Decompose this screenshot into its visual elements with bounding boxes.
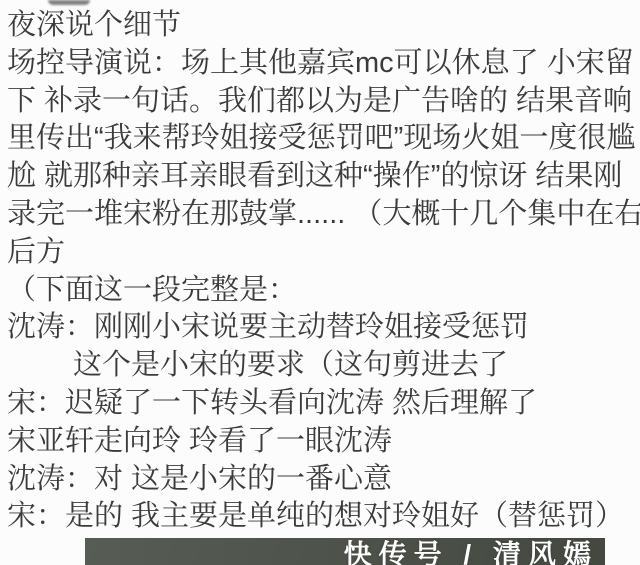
- post-text: 夜深说个细节 场控导演说：场上其他嘉宾mc可以休息了 小宋留 下 补录一句话。我…: [7, 7, 640, 536]
- text-line: 尬 就那种亲耳亲眼看到这种“操作”的惊讶 结果刚: [7, 158, 640, 196]
- text-line: 沈涛：刚刚小宋说要主动替玲姐接受惩罚: [7, 309, 640, 347]
- text-line: 下 补录一句话。我们都以为是广告啥的 结果音响: [7, 83, 640, 121]
- text-line: 后方: [7, 234, 640, 272]
- text-line: 宋亚轩走向玲 玲看了一眼沈涛: [7, 423, 640, 461]
- post-screenshot: { "colors": { "background": "#fcfcfc", "…: [0, 0, 640, 565]
- cropped-content-artifact: [48, 0, 90, 5]
- text-line: 录完一堆宋粉在那鼓掌...... （大概十几个集中在右: [7, 196, 640, 234]
- watermark: 快传号 / 清风嫣: [344, 533, 598, 565]
- text-line: （下面这一段完整是：: [7, 272, 640, 310]
- text-line-indented: 这个是小宋的要求（这句剪进去了: [7, 347, 640, 385]
- text-line: 里传出“我来帮玲姐接受惩罚吧”现场火姐一度很尴: [7, 120, 640, 158]
- text-line: 沈涛：对 这是小宋的一番心意: [7, 461, 640, 499]
- text-line: 场控导演说：场上其他嘉宾mc可以休息了 小宋留: [7, 45, 640, 83]
- text-line: 宋：是的 我主要是单纯的想对玲姐好（替惩罚）: [7, 498, 640, 536]
- text-line: 宋：迟疑了一下转头看向沈涛 然后理解了: [7, 385, 640, 423]
- text-line: 夜深说个细节: [7, 7, 640, 45]
